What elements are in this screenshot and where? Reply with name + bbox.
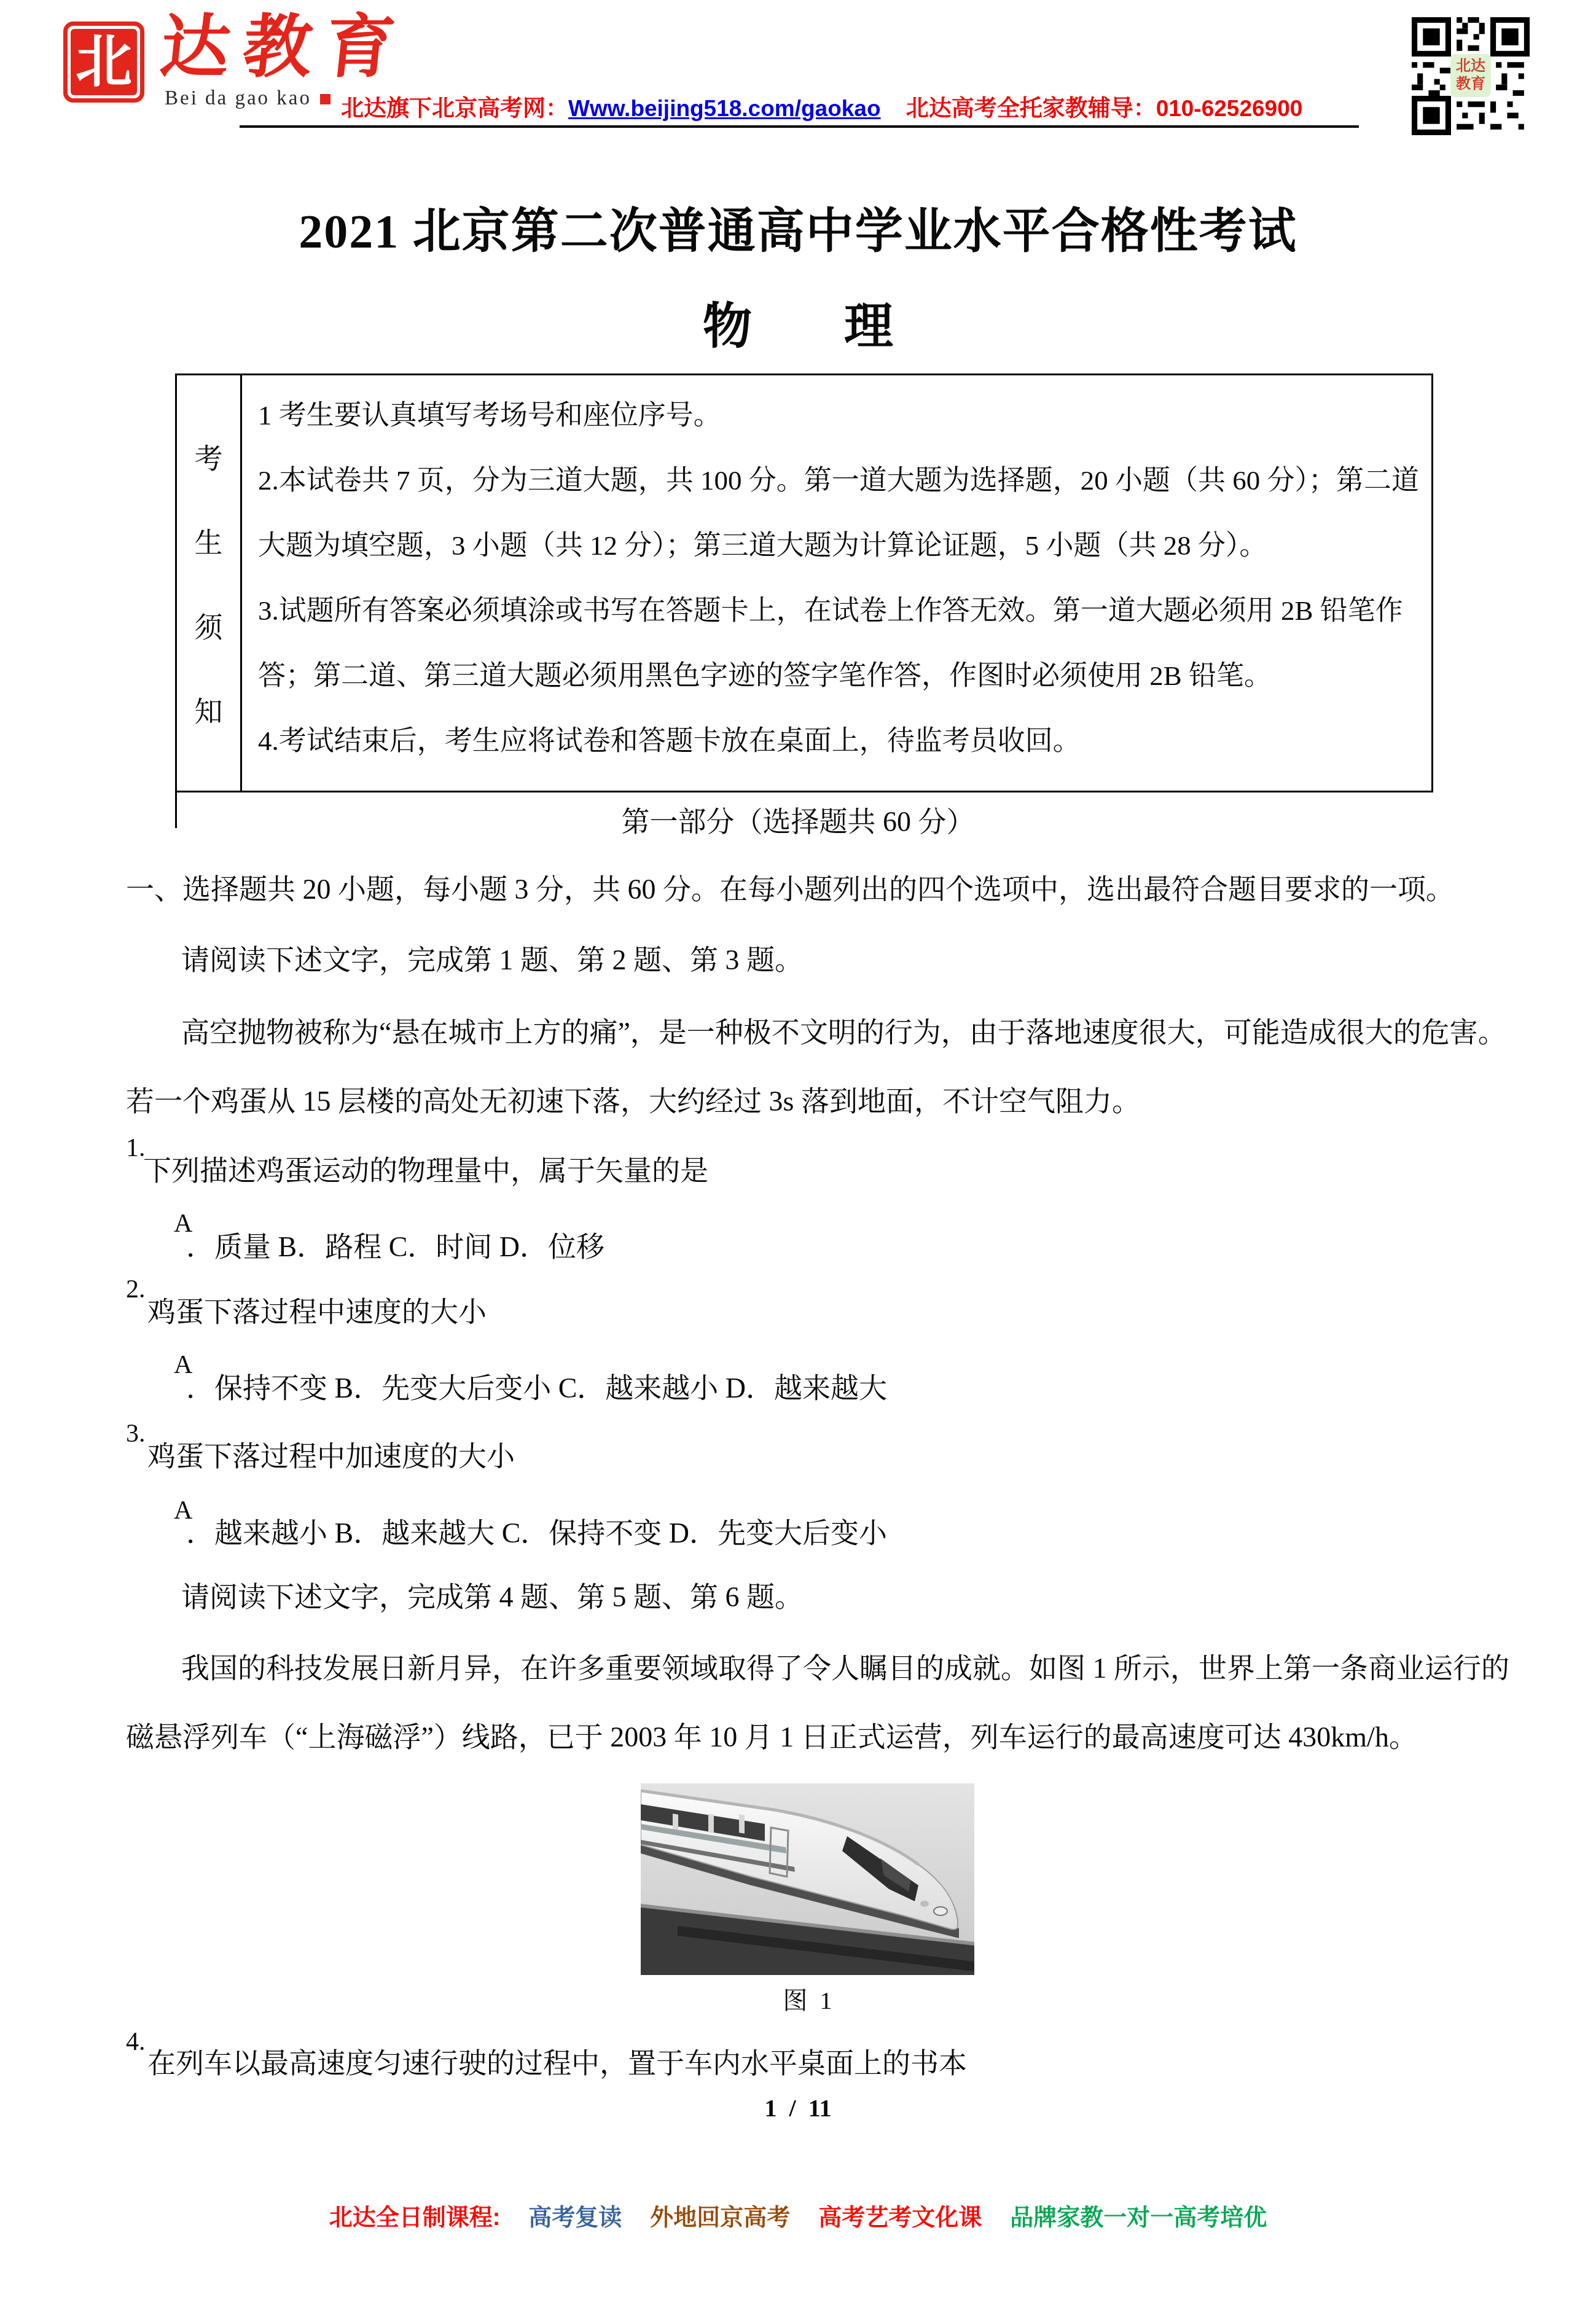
passage-2-line-2: 磁悬浮列车（“上海磁浮”）线路，已于 2003 年 10 月 1 日正式运营，列… bbox=[126, 1721, 1417, 1754]
tutor-label: 北达高考全托家教辅导： bbox=[906, 96, 1156, 121]
passage-2-line-1: 我国的科技发展日新月异，在许多重要领域取得了令人瞩目的成就。如图 1 所示，世界… bbox=[181, 1653, 1509, 1685]
brand-pinyin: Bei da gao kao bbox=[165, 87, 331, 110]
footer-promo: 北达全日制课程: 高考复读 外地回京高考 高考艺考文化课 品牌家教一对一高考培优 bbox=[0, 2198, 1596, 2232]
brand-seal-logo: 北 bbox=[63, 22, 144, 103]
question-4-number: 4. bbox=[126, 2027, 146, 2057]
exam-paper-page: 北 达教育 Bei da gao kao 北达旗下北京高考网：Www.beiji… bbox=[0, 0, 1596, 2300]
passage-1-line-1: 高空抛物被称为“悬在城市上方的痛”，是一种极不文明的行为，由于落地速度很大，可能… bbox=[181, 1017, 1506, 1049]
notice-content: 1 考生要认真填写考场号和座位序号。 2.本试卷共 7 页，分为三道大题，共 1… bbox=[242, 375, 1431, 791]
brand-red-square-icon bbox=[320, 94, 331, 104]
subject-title: 物理 bbox=[0, 286, 1596, 357]
part-heading: 第一部分（选择题共 60 分） bbox=[0, 806, 1596, 839]
question-3-number: 3. bbox=[126, 1419, 146, 1449]
question-1-text: 下列描述鸡蛋运动的物理量中，属于矢量的是 bbox=[143, 1155, 708, 1187]
question-3-text: 鸡蛋下落过程中加速度的大小 bbox=[147, 1441, 515, 1473]
question-4-text: 在列车以最高速度匀速行驶的过程中，置于车内水平桌面上的书本 bbox=[147, 2048, 967, 2080]
notice-item: 2.本试卷共 7 页，分为三道大题，共 100 分。第一道大题为选择题，20 小… bbox=[258, 448, 1419, 513]
header-divider-rule bbox=[240, 125, 1359, 128]
reading-prompt-2: 请阅读下述文字，完成第 4 题、第 5 题、第 6 题。 bbox=[181, 1581, 803, 1614]
site-link[interactable]: Www.beijing518.com/gaokao bbox=[568, 96, 881, 121]
question-2-options: ．保持不变 B．先变大后变小 C．越来越小 D．越来越大 bbox=[186, 1372, 887, 1405]
promo-item: 高考复读 bbox=[528, 2198, 622, 2232]
question-1-number: 1. bbox=[126, 1133, 146, 1163]
notice-item: 答；第二道、第三道大题必须用黑色字迹的签字笔作答，作图时必须使用 2B 铅笔。 bbox=[258, 643, 1419, 708]
question-2-text: 鸡蛋下落过程中速度的大小 bbox=[147, 1296, 487, 1329]
notice-item: 3.试题所有答案必须填涂或书写在答题卡上，在试卷上作答无效。第一道大题必须用 2… bbox=[258, 578, 1419, 643]
figure-1: 图 1 bbox=[641, 1783, 974, 2016]
section-intro: 一、选择题共 20 小题，每小题 3 分，共 60 分。在每小题列出的四个选项中… bbox=[126, 874, 1454, 906]
exam-title: 2021 北京第二次普通高中学业水平合格性考试 bbox=[0, 193, 1596, 262]
reading-prompt-1: 请阅读下述文字，完成第 1 题、第 2 题、第 3 题。 bbox=[181, 944, 803, 977]
promo-item: 高考艺考文化课 bbox=[818, 2198, 982, 2232]
question-1-options: ．质量 B．路程 C．时间 D．位移 bbox=[186, 1231, 604, 1264]
notice-side-label: 考 生 须 知 bbox=[177, 375, 242, 791]
passage-1-line-2: 若一个鸡蛋从 15 层楼的高处无初速下落，大约经过 3s 落到地面，不计空气阻力… bbox=[126, 1085, 1140, 1118]
seal-character: 北 bbox=[71, 29, 137, 95]
promo-label: 北达全日制课程: bbox=[329, 2198, 501, 2232]
notice-item: 4.考试结束后，考生应将试卷和答题卡放在桌面上，待监考员收回。 bbox=[258, 708, 1419, 773]
notice-item: 大题为填空题，3 小题（共 12 分）；第三道大题为计算论证题，5 小题（共 2… bbox=[258, 513, 1419, 578]
site-label: 北达旗下北京高考网： bbox=[341, 96, 568, 121]
nav-gap bbox=[881, 96, 906, 121]
question-3-options: ．越来越小 B．越来越大 C．保持不变 D．先变大后变小 bbox=[186, 1517, 887, 1550]
notice-item: 1 考生要认真填写考场号和座位序号。 bbox=[258, 383, 1419, 448]
qr-code: 北达 教育 bbox=[1412, 17, 1530, 135]
figure-1-caption: 图 1 bbox=[641, 1981, 974, 2016]
page-number: 1 / 11 bbox=[0, 2094, 1596, 2122]
tutor-phone: 010-62526900 bbox=[1156, 96, 1303, 121]
header-nav-line: 北达旗下北京高考网：Www.beijing518.com/gaokao 北达高考… bbox=[341, 90, 1302, 123]
question-2-number: 2. bbox=[126, 1275, 146, 1304]
promo-item: 品牌家教一对一高考培优 bbox=[1010, 2198, 1267, 2232]
notice-box: 考 生 须 知 1 考生要认真填写考场号和座位序号。 2.本试卷共 7 页，分为… bbox=[175, 374, 1433, 792]
promo-item: 外地回京高考 bbox=[650, 2198, 790, 2232]
maglev-train-photo bbox=[641, 1783, 974, 1975]
brand-wordmark: 达教育 bbox=[157, 14, 412, 82]
qr-center-logo: 北达 教育 bbox=[1450, 54, 1491, 97]
